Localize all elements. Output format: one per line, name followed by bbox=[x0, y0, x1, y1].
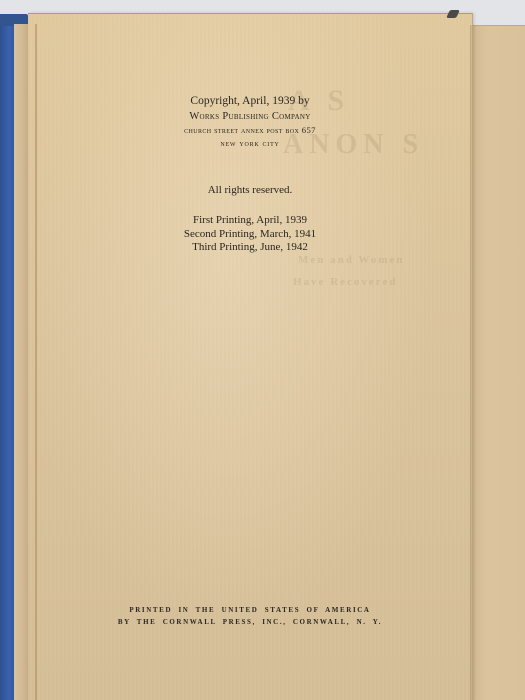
imprint-line: PRINTED IN THE UNITED STATES OF AMERICA bbox=[28, 604, 472, 616]
facing-page bbox=[470, 25, 525, 700]
publisher-city: NEW YORK CITY bbox=[28, 137, 472, 150]
copyright-block: Copyright, April, 1939 by Works Publishi… bbox=[28, 93, 472, 150]
imprint-line: BY THE CORNWALL PRESS, INC., CORNWALL, N… bbox=[28, 616, 472, 628]
publisher-name: Works Publishing Company bbox=[28, 109, 472, 124]
show-through-text: Have Recovered bbox=[293, 276, 397, 288]
show-through-text: Men and Women bbox=[298, 254, 404, 266]
page-fold-shadow bbox=[470, 25, 473, 700]
copyright-line: Copyright, April, 1939 by bbox=[28, 93, 472, 109]
printing-line: Second Printing, March, 1941 bbox=[28, 228, 472, 242]
gutter-fold bbox=[35, 24, 37, 700]
printing-history: First Printing, April, 1939 Second Print… bbox=[28, 214, 472, 255]
printing-line: First Printing, April, 1939 bbox=[28, 214, 472, 228]
printer-imprint: PRINTED IN THE UNITED STATES OF AMERICA … bbox=[28, 604, 472, 628]
rights-statement: All rights reserved. bbox=[28, 184, 472, 196]
publisher-address: CHURCH STREET ANNEX POST BOX 657 bbox=[28, 124, 472, 137]
copyright-page: A S ANON S Men and Women Have Recovered … bbox=[28, 13, 472, 700]
printing-line: Third Printing, June, 1942 bbox=[28, 241, 472, 255]
